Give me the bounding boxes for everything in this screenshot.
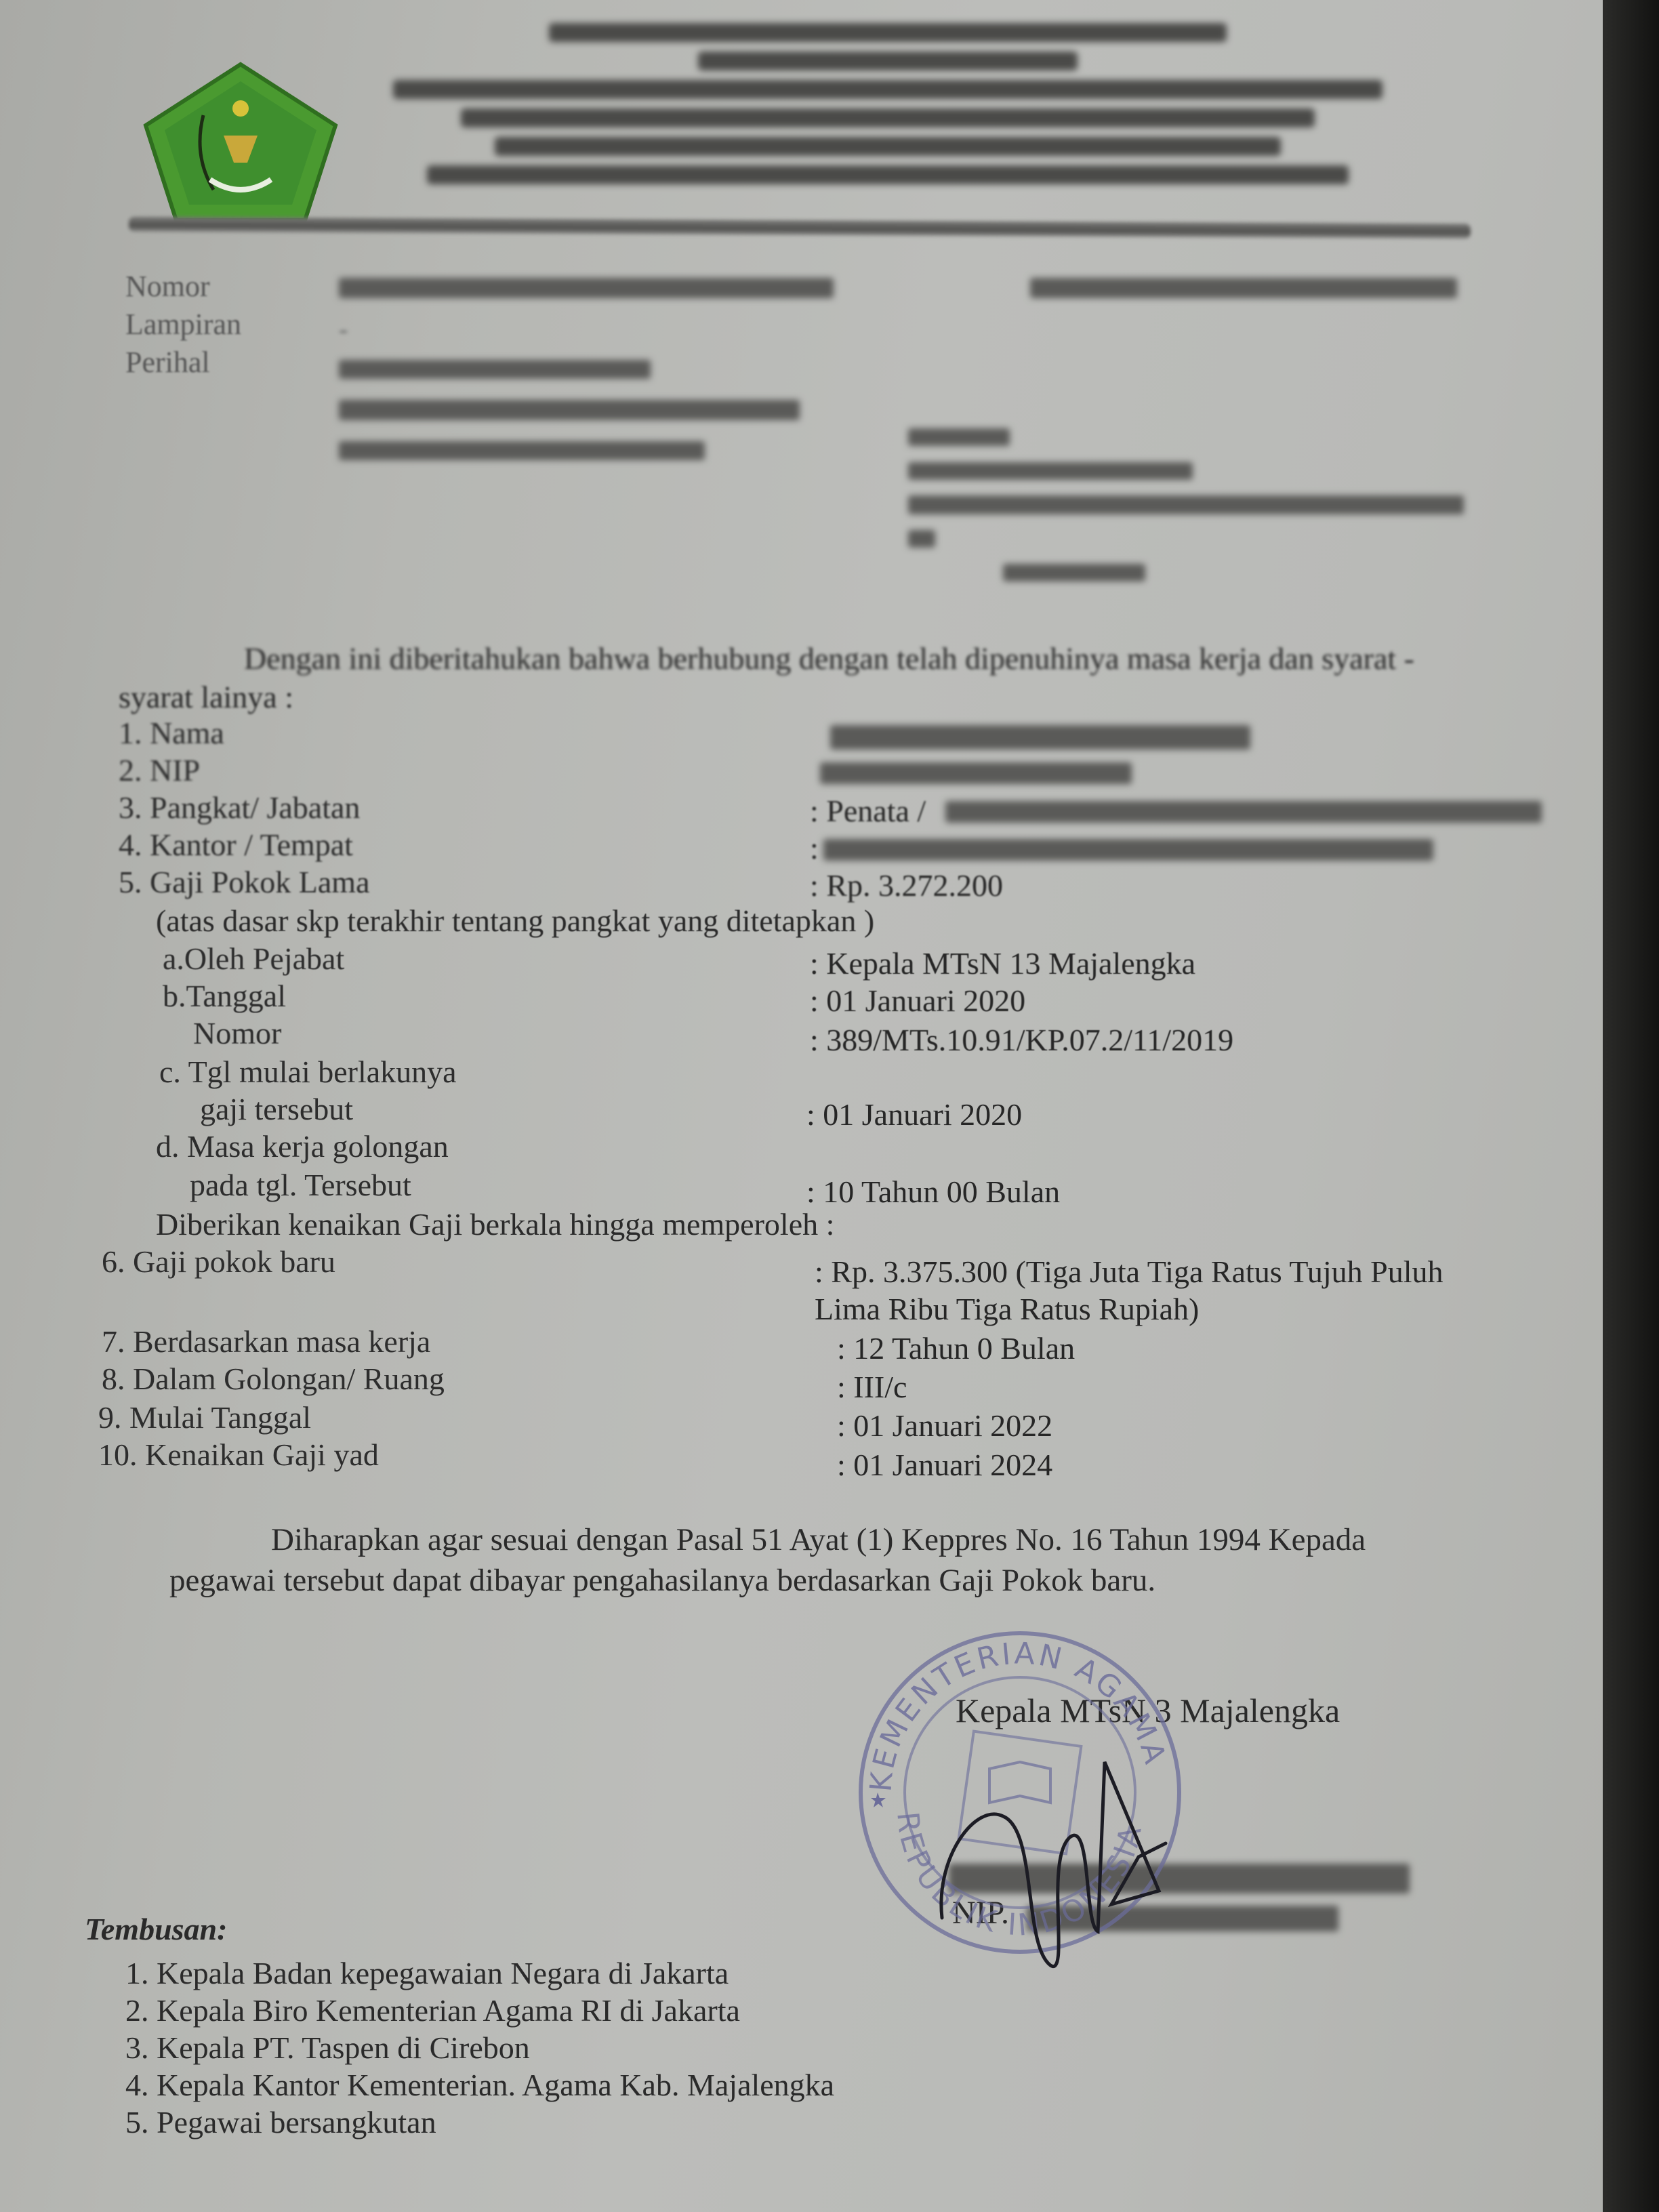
field-value-pangkat-prefix: : Penata /: [810, 793, 926, 829]
redacted-nama: [830, 725, 1250, 750]
sub-label-pada-tgl: pada tgl. Tersebut: [190, 1167, 411, 1203]
redacted-kantor: [823, 839, 1433, 861]
sub-label-tanggal: b.Tanggal: [163, 978, 286, 1014]
photo-edge-shadow: [1603, 0, 1659, 2212]
field-label-pangkat: 3. Pangkat/ Jabatan: [119, 790, 360, 825]
tembusan-item: 5. Pegawai bersangkutan: [125, 2104, 436, 2140]
letter-paper: Nomor Lampiran Perihal - Dengan ini dibe…: [0, 0, 1603, 2212]
tembusan-item: 1. Kepala Badan kepegawaian Negara di Ja…: [125, 1955, 729, 1991]
sub-label-nomor: Nomor: [193, 1015, 281, 1051]
sub-label-tgl-mulai: c. Tgl mulai berlakunya: [159, 1054, 457, 1090]
basis-note: (atas dasar skp terakhir tentang pangkat…: [156, 903, 874, 939]
sub-label-oleh-pejabat: a.Oleh Pejabat: [163, 941, 344, 977]
new-label-masa-kerja: 7. Berdasarkan masa kerja: [102, 1324, 430, 1359]
new-label-kenaikan-yad: 10. Kenaikan Gaji yad: [98, 1437, 379, 1473]
sub-value-tanggal: : 01 Januari 2020: [810, 983, 1025, 1019]
closing-line-1: Diharapkan agar sesuai dengan Pasal 51 A…: [271, 1521, 1366, 1558]
new-value-kenaikan-yad: : 01 Januari 2024: [837, 1447, 1052, 1483]
redacted-nip: [820, 762, 1132, 784]
sub-value-masa-kerja: : 10 Tahun 00 Bulan: [806, 1174, 1060, 1210]
new-label-golongan: 8. Dalam Golongan/ Ruang: [102, 1361, 445, 1397]
new-value-gaji-baru-words: Lima Ribu Tiga Ratus Rupiah): [815, 1291, 1199, 1327]
intro-line-2: syarat lainya :: [119, 679, 293, 715]
closing-line-2: pegawai tersebut dapat dibayar pengahasi…: [169, 1562, 1155, 1599]
field-value-kantor-prefix: :: [810, 830, 819, 866]
intro-line-1: Dengan ini diberitahukan bahwa berhubung…: [244, 640, 1414, 676]
tembusan-item: 2. Kepala Biro Kementerian Agama RI di J…: [125, 1992, 740, 2028]
new-value-mulai-tanggal: : 01 Januari 2022: [837, 1408, 1052, 1443]
new-value-golongan: : III/c: [837, 1369, 907, 1405]
redacted-jabatan: [945, 801, 1542, 823]
sub-label-masa-kerja: d. Masa kerja golongan: [156, 1128, 449, 1164]
tembusan-heading: Tembusan:: [85, 1911, 227, 1947]
tembusan-item: 4. Kepala Kantor Kementerian. Agama Kab.…: [125, 2067, 834, 2103]
field-label-nama: 1. Nama: [119, 715, 224, 751]
new-value-masa-kerja: : 12 Tahun 0 Bulan: [837, 1330, 1075, 1366]
letter-body: Dengan ini diberitahukan bahwa berhubung…: [0, 0, 1603, 2212]
sub-label-gaji-tersebut: gaji tersebut: [200, 1091, 353, 1127]
sub-value-oleh-pejabat: : Kepala MTsN 13 Majalengka: [810, 945, 1195, 981]
handwritten-signature-icon: [935, 1721, 1193, 1979]
new-label-mulai-tanggal: 9. Mulai Tanggal: [98, 1399, 311, 1435]
field-value-gaji-lama: : Rp. 3.272.200: [810, 867, 1003, 903]
new-label-gaji-baru: 6. Gaji pokok baru: [102, 1244, 335, 1279]
tembusan-item: 3. Kepala PT. Taspen di Cirebon: [125, 2030, 530, 2066]
new-value-gaji-baru: : Rp. 3.375.300 (Tiga Juta Tiga Ratus Tu…: [815, 1254, 1443, 1290]
sub-value-nomor: : 389/MTs.10.91/KP.07.2/11/2019: [810, 1022, 1233, 1058]
field-label-kantor: 4. Kantor / Tempat: [119, 827, 353, 863]
field-label-gaji-lama: 5. Gaji Pokok Lama: [119, 864, 370, 900]
given-note: Diberikan kenaikan Gaji berkala hingga m…: [156, 1206, 834, 1242]
sub-value-tgl-mulai: : 01 Januari 2020: [806, 1097, 1022, 1132]
field-label-nip: 2. NIP: [119, 752, 200, 788]
